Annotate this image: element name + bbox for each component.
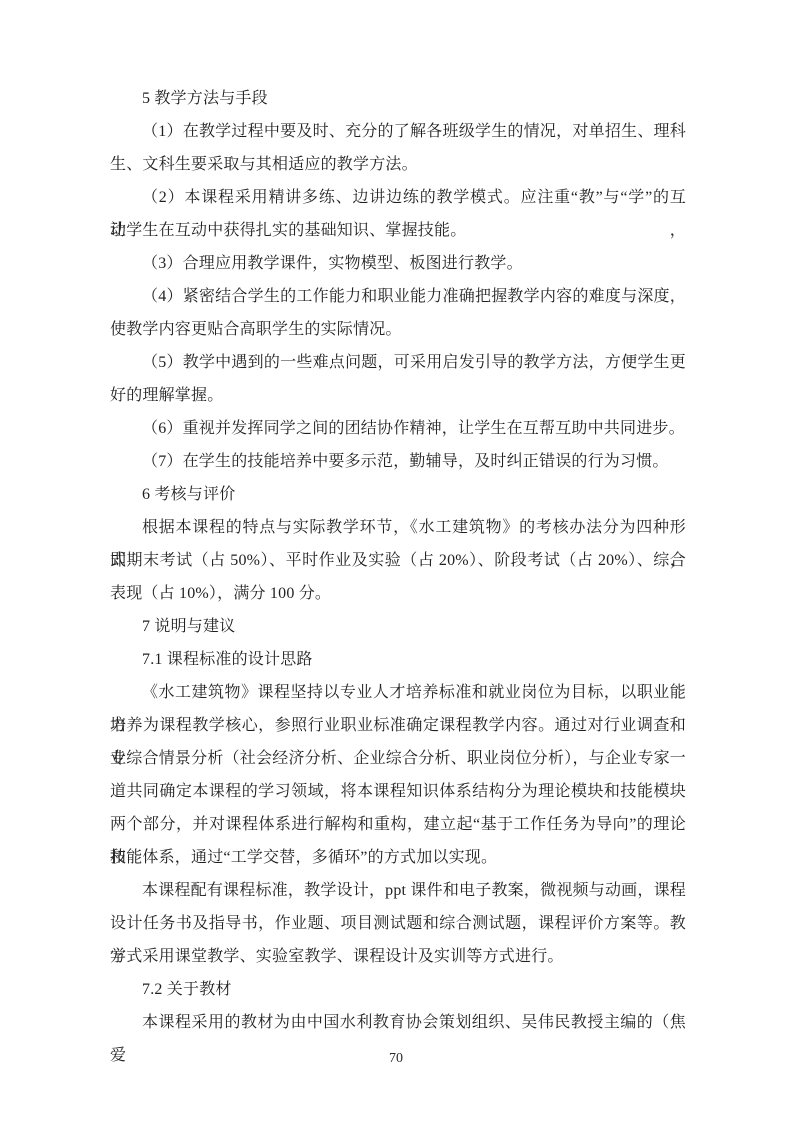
text-line: 7 说明与建议 [110, 610, 686, 643]
text-line: 表现（占 10%），满分 100 分。 [110, 577, 686, 610]
text-line: 6 考核与评价 [110, 478, 686, 511]
text-line: 业综合情景分析（社会经济分析、企业综合分析、职业岗位分析），与企业专家一 [110, 742, 686, 775]
text-line: 使教学内容更贴合高职学生的实际情况。 [110, 313, 686, 346]
text-line: （6）重视并发挥同学之间的团结协作精神，让学生在互帮互助中共同进步。 [110, 412, 686, 445]
text-line: 即期末考试（占 50%）、平时作业及实验（占 20%）、阶段考试（占 20%）、… [110, 544, 686, 577]
text-line: 7.1 课程标准的设计思路 [110, 643, 686, 676]
page-number: 70 [389, 1051, 403, 1066]
text-line: 好的理解掌握。 [110, 379, 686, 412]
text-line: 本课程采用的教材为由中国水利教育协会策划组织、吴伟民教授主编的（焦爱 [110, 1006, 686, 1039]
document-page: 5 教学方法与手段（1）在教学过程中要及时、充分的了解各班级学生的情况，对单招生… [0, 0, 792, 1122]
text-line: 《水工建筑物》课程坚持以专业人才培养标准和就业岗位为目标，以职业能力 [110, 676, 686, 709]
text-line: 本课程配有课程标准，教学设计，ppt 课件和电子教案，微视频与动画，课程 [110, 874, 686, 907]
text-line: 5 教学方法与手段 [110, 82, 686, 115]
text-line: 培养为课程教学核心，参照行业职业标准确定课程教学内容。通过对行业调查和专 [110, 709, 686, 742]
document-body: 5 教学方法与手段（1）在教学过程中要及时、充分的了解各班级学生的情况，对单招生… [110, 82, 686, 1039]
text-line: 生、文科生要采取与其相适应的教学方法。 [110, 148, 686, 181]
text-line: （4）紧密结合学生的工作能力和职业能力准确把握教学内容的难度与深度， [110, 280, 686, 313]
page-footer: 70 [0, 1048, 792, 1070]
text-line: 技能体系，通过“工学交替，多循环”的方式加以实现。 [110, 841, 686, 874]
text-line: 设计任务书及指导书，作业题、项目测试题和综合测试题，课程评价方案等。教学 [110, 907, 686, 940]
text-line: 根据本课程的特点与实际教学环节，《水工建筑物》的考核办法分为四种形式， [110, 511, 686, 544]
text-line: 方式采用课堂教学、实验室教学、课程设计及实训等方式进行。 [110, 940, 686, 973]
text-line: 两个部分，并对课程体系进行解构和重构，建立起“基于工作任务为导向”的理论和 [110, 808, 686, 841]
text-line: （7）在学生的技能培养中要多示范，勤辅导，及时纠正错误的行为习惯。 [110, 445, 686, 478]
text-line: 7.2 关于教材 [110, 973, 686, 1006]
text-line: （3）合理应用教学课件，实物模型、板图进行教学。 [110, 247, 686, 280]
text-line: （1）在教学过程中要及时、充分的了解各班级学生的情况，对单招生、理科 [110, 115, 686, 148]
text-line: 道共同确定本课程的学习领域，将本课程知识体系结构分为理论模块和技能模块 [110, 775, 686, 808]
text-line: （5）教学中遇到的一些难点问题，可采用启发引导的教学方法，方便学生更 [110, 346, 686, 379]
text-line: （2）本课程采用精讲多练、边讲边练的教学模式。应注重“教”与“学”的互动， [110, 181, 686, 214]
